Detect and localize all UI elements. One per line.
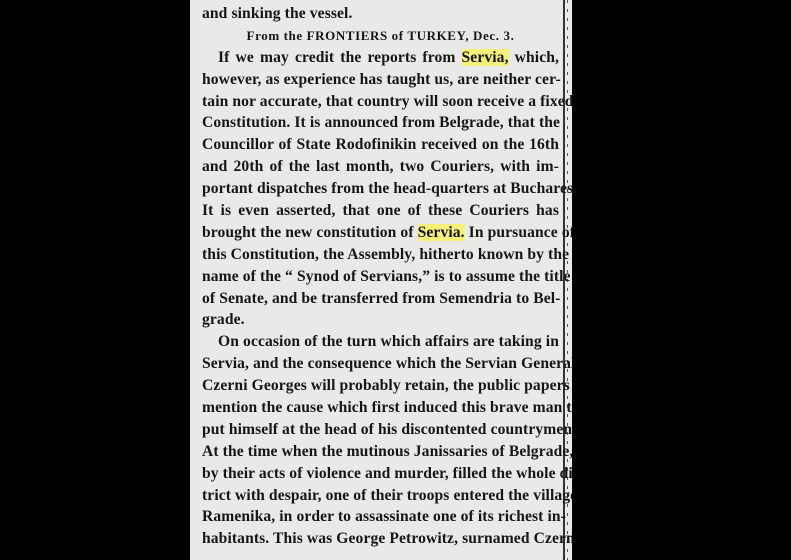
- text-segment: At the time when the mutinous Janissarie…: [202, 443, 572, 460]
- text-line: On occasion of the turn which affairs ar…: [202, 331, 559, 353]
- text-segment: mention the cause which first induced th…: [202, 399, 572, 416]
- text-line: and 20th of the last month, two Couriers…: [202, 156, 559, 178]
- text-segment: this Constitution, the Assembly, hithert…: [202, 246, 569, 263]
- text-line: name of the “ Synod of Servians,” is to …: [202, 266, 559, 288]
- search-highlight: Servia.: [418, 224, 465, 241]
- text-line: If we may credit the reports from Servia…: [202, 47, 559, 69]
- text-segment: In pursuance of: [465, 224, 572, 241]
- text-segment: On occasion of the turn which affairs ar…: [218, 333, 559, 350]
- text-segment: grade.: [202, 311, 245, 328]
- text-line: Czerni Georges will probably retain, the…: [202, 375, 559, 397]
- text-segment: brought the new constitution of: [202, 224, 418, 241]
- text-line: trict with despair, one of their troops …: [202, 485, 559, 507]
- text-line: however, as experience has taught us, ar…: [202, 69, 559, 91]
- text-line: this Constitution, the Assembly, hithert…: [202, 244, 559, 266]
- article-body: If we may credit the reports from Servia…: [202, 47, 559, 550]
- text-segment: trict with despair, one of their troops …: [202, 487, 572, 504]
- text-segment: Servia, and the consequence which the Se…: [202, 355, 572, 372]
- text-line: Councillor of State Rodofinikin received…: [202, 134, 559, 156]
- dateline-heading: From the FRONTIERS of TURKEY, Dec. 3.: [202, 25, 559, 47]
- text-segment: put himself at the head of his disconten…: [202, 421, 572, 438]
- newspaper-page-scan: and sinking the vessel. From the FRONTIE…: [190, 0, 572, 560]
- text-line: portant dispatches from the head-quarter…: [202, 178, 559, 200]
- text-segment: If we may credit the reports from: [218, 49, 462, 66]
- text-line: It is even asserted, that one of these C…: [202, 200, 559, 222]
- text-segment: Ramenika, in order to assassinate one of…: [202, 508, 566, 525]
- text-segment: by their acts of violence and murder, fi…: [202, 465, 572, 482]
- text-line: habitants. This was George Petrowitz, su…: [202, 528, 559, 550]
- text-segment: however, as experience has taught us, ar…: [202, 71, 561, 88]
- text-segment: name of the “ Synod of Servians,” is to …: [202, 268, 571, 285]
- text-line: At the time when the mutinous Janissarie…: [202, 441, 559, 463]
- text-segment: and 20th of the last month, two Couriers…: [202, 158, 559, 175]
- text-segment: It is even asserted, that one of these C…: [202, 202, 559, 219]
- text-line: of Senate, and be transferred from Semen…: [202, 288, 559, 310]
- text-segment: Czerni Georges will probably retain, the…: [202, 377, 570, 394]
- text-segment: habitants. This was George Petrowitz, su…: [202, 530, 572, 547]
- text-segment: Constitution. It is announced from Belgr…: [202, 114, 560, 131]
- text-line: brought the new constitution of Servia. …: [202, 222, 559, 244]
- article-text: and sinking the vessel. From the FRONTIE…: [202, 3, 559, 550]
- text-segment: which,: [509, 49, 559, 66]
- search-highlight: Servia,: [462, 49, 509, 66]
- text-line: Ramenika, in order to assassinate one of…: [202, 506, 559, 528]
- text-segment: Councillor of State Rodofinikin received…: [202, 136, 559, 153]
- text-segment: of Senate, and be transferred from Semen…: [202, 290, 560, 307]
- text-segment: tain nor accurate, that country will soo…: [202, 93, 572, 110]
- text-line: Constitution. It is announced from Belgr…: [202, 112, 559, 134]
- text-line: Servia, and the consequence which the Se…: [202, 353, 559, 375]
- text-line: tain nor accurate, that country will soo…: [202, 91, 559, 113]
- text-line: mention the cause which first induced th…: [202, 397, 559, 419]
- text-line: grade.: [202, 309, 559, 331]
- text-line: by their acts of violence and murder, fi…: [202, 463, 559, 485]
- previous-article-end: and sinking the vessel.: [202, 3, 559, 25]
- text-segment: portant dispatches from the head-quarter…: [202, 180, 572, 197]
- text-line: put himself at the head of his disconten…: [202, 419, 559, 441]
